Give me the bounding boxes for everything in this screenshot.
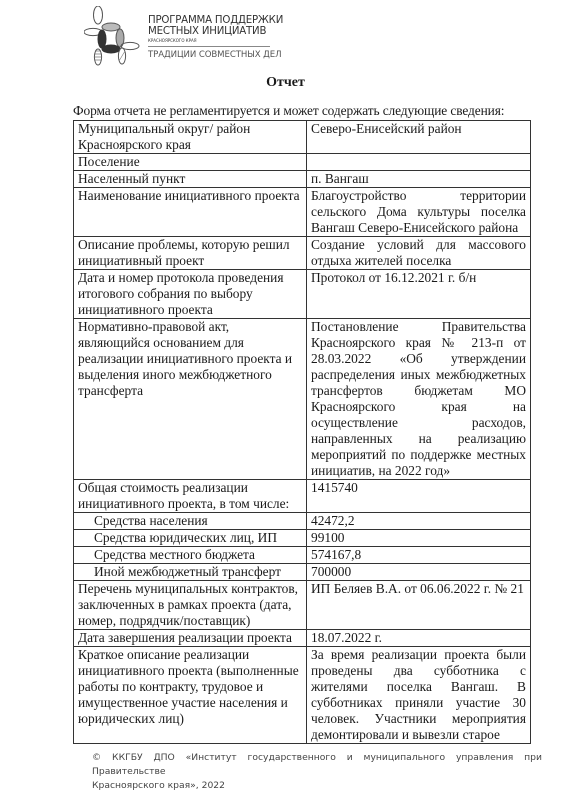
page-header: ПРОГРАММА ПОДДЕРЖКИ МЕСТНЫХ ИНИЦИАТИВ КР… bbox=[84, 6, 384, 68]
table-row: Перечень муниципальных контрактов, заклю… bbox=[74, 581, 531, 630]
table-row: Дата завершения реализации проекта 18.07… bbox=[74, 630, 531, 647]
brand-tagline: ТРАДИЦИИ СОВМЕСТНЫХ ДЕЛ bbox=[148, 50, 283, 60]
row-label: Описание проблемы, которую решил инициат… bbox=[74, 237, 307, 270]
row-label: Дата завершения реализации проекта bbox=[74, 630, 307, 647]
table-row: Описание проблемы, которую решил инициат… bbox=[74, 237, 531, 270]
table-row: Населенный пункт п. Вангаш bbox=[74, 171, 531, 188]
row-label: Муниципальный округ/ район Красноярского… bbox=[74, 121, 307, 154]
row-value: 99100 bbox=[307, 530, 531, 547]
footer-line-2: Красноярского края», 2022 bbox=[92, 780, 225, 791]
table-row: Наименование инициативного проекта Благо… bbox=[74, 188, 531, 237]
row-value: 42472,2 bbox=[307, 513, 531, 530]
footer-line-1: © ККГБУ ДПО «Институт государственного и… bbox=[92, 751, 542, 779]
row-label: Поселение bbox=[74, 154, 307, 171]
program-knot-logo-icon bbox=[84, 6, 140, 66]
document-title: Отчет bbox=[0, 75, 571, 91]
row-value: Северо-Енисейский район bbox=[307, 121, 531, 154]
row-value: 1415740 bbox=[307, 480, 531, 513]
row-value: За время реализации проекта были проведе… bbox=[307, 647, 531, 744]
table-row: Муниципальный округ/ район Красноярского… bbox=[74, 121, 531, 154]
program-brand: ПРОГРАММА ПОДДЕРЖКИ МЕСТНЫХ ИНИЦИАТИВ КР… bbox=[148, 15, 283, 60]
row-label: Средства населения bbox=[74, 513, 307, 530]
row-value bbox=[307, 154, 531, 171]
row-label: Иной межбюджетный трансферт bbox=[74, 564, 307, 581]
row-value: п. Вангаш bbox=[307, 171, 531, 188]
brand-divider bbox=[148, 46, 270, 47]
row-label: Наименование инициативного проекта bbox=[74, 188, 307, 237]
brand-line-2: МЕСТНЫХ ИНИЦИАТИВ bbox=[148, 26, 283, 37]
row-value: Благоустройство территории сельского Дом… bbox=[307, 188, 531, 237]
table-row: Поселение bbox=[74, 154, 531, 171]
table-row: Средства местного бюджета 574167,8 bbox=[74, 547, 531, 564]
table-row: Нормативно-правовой акт, являющийся осно… bbox=[74, 319, 531, 480]
brand-line-1: ПРОГРАММА ПОДДЕРЖКИ bbox=[148, 15, 283, 26]
row-label: Перечень муниципальных контрактов, заклю… bbox=[74, 581, 307, 630]
row-label: Населенный пункт bbox=[74, 171, 307, 188]
row-value: ИП Беляев В.А. от 06.06.2022 г. № 21 bbox=[307, 581, 531, 630]
row-value: Протокол от 16.12.2021 г. б/н bbox=[307, 270, 531, 319]
row-label: Общая стоимость реализации инициативного… bbox=[74, 480, 307, 513]
row-label: Средства юридических лиц, ИП bbox=[74, 530, 307, 547]
row-value: 574167,8 bbox=[307, 547, 531, 564]
table-row: Средства юридических лиц, ИП 99100 bbox=[74, 530, 531, 547]
row-label: Дата и номер протокола проведения итогов… bbox=[74, 270, 307, 319]
report-table: Муниципальный округ/ район Красноярского… bbox=[73, 120, 531, 744]
brand-line-3: КРАСНОЯРСКОГО КРАЯ bbox=[148, 38, 283, 44]
row-value: 700000 bbox=[307, 564, 531, 581]
row-value: 18.07.2022 г. bbox=[307, 630, 531, 647]
row-label: Средства местного бюджета bbox=[74, 547, 307, 564]
table-row: Дата и номер протокола проведения итогов… bbox=[74, 270, 531, 319]
table-row: Краткое описание реализации инициативног… bbox=[74, 647, 531, 744]
document-intro: Форма отчета не регламентируется и может… bbox=[73, 103, 504, 118]
row-value: Создание условий для массового отдыха жи… bbox=[307, 237, 531, 270]
row-value: Постановление Правительства Красноярског… bbox=[307, 319, 531, 480]
table-row: Общая стоимость реализации инициативного… bbox=[74, 480, 531, 513]
row-label: Нормативно-правовой акт, являющийся осно… bbox=[74, 319, 307, 480]
row-label: Краткое описание реализации инициативног… bbox=[74, 647, 307, 744]
table-row: Средства населения 42472,2 bbox=[74, 513, 531, 530]
copyright-footer: © ККГБУ ДПО «Институт государственного и… bbox=[92, 751, 542, 793]
table-row: Иной межбюджетный трансферт 700000 bbox=[74, 564, 531, 581]
